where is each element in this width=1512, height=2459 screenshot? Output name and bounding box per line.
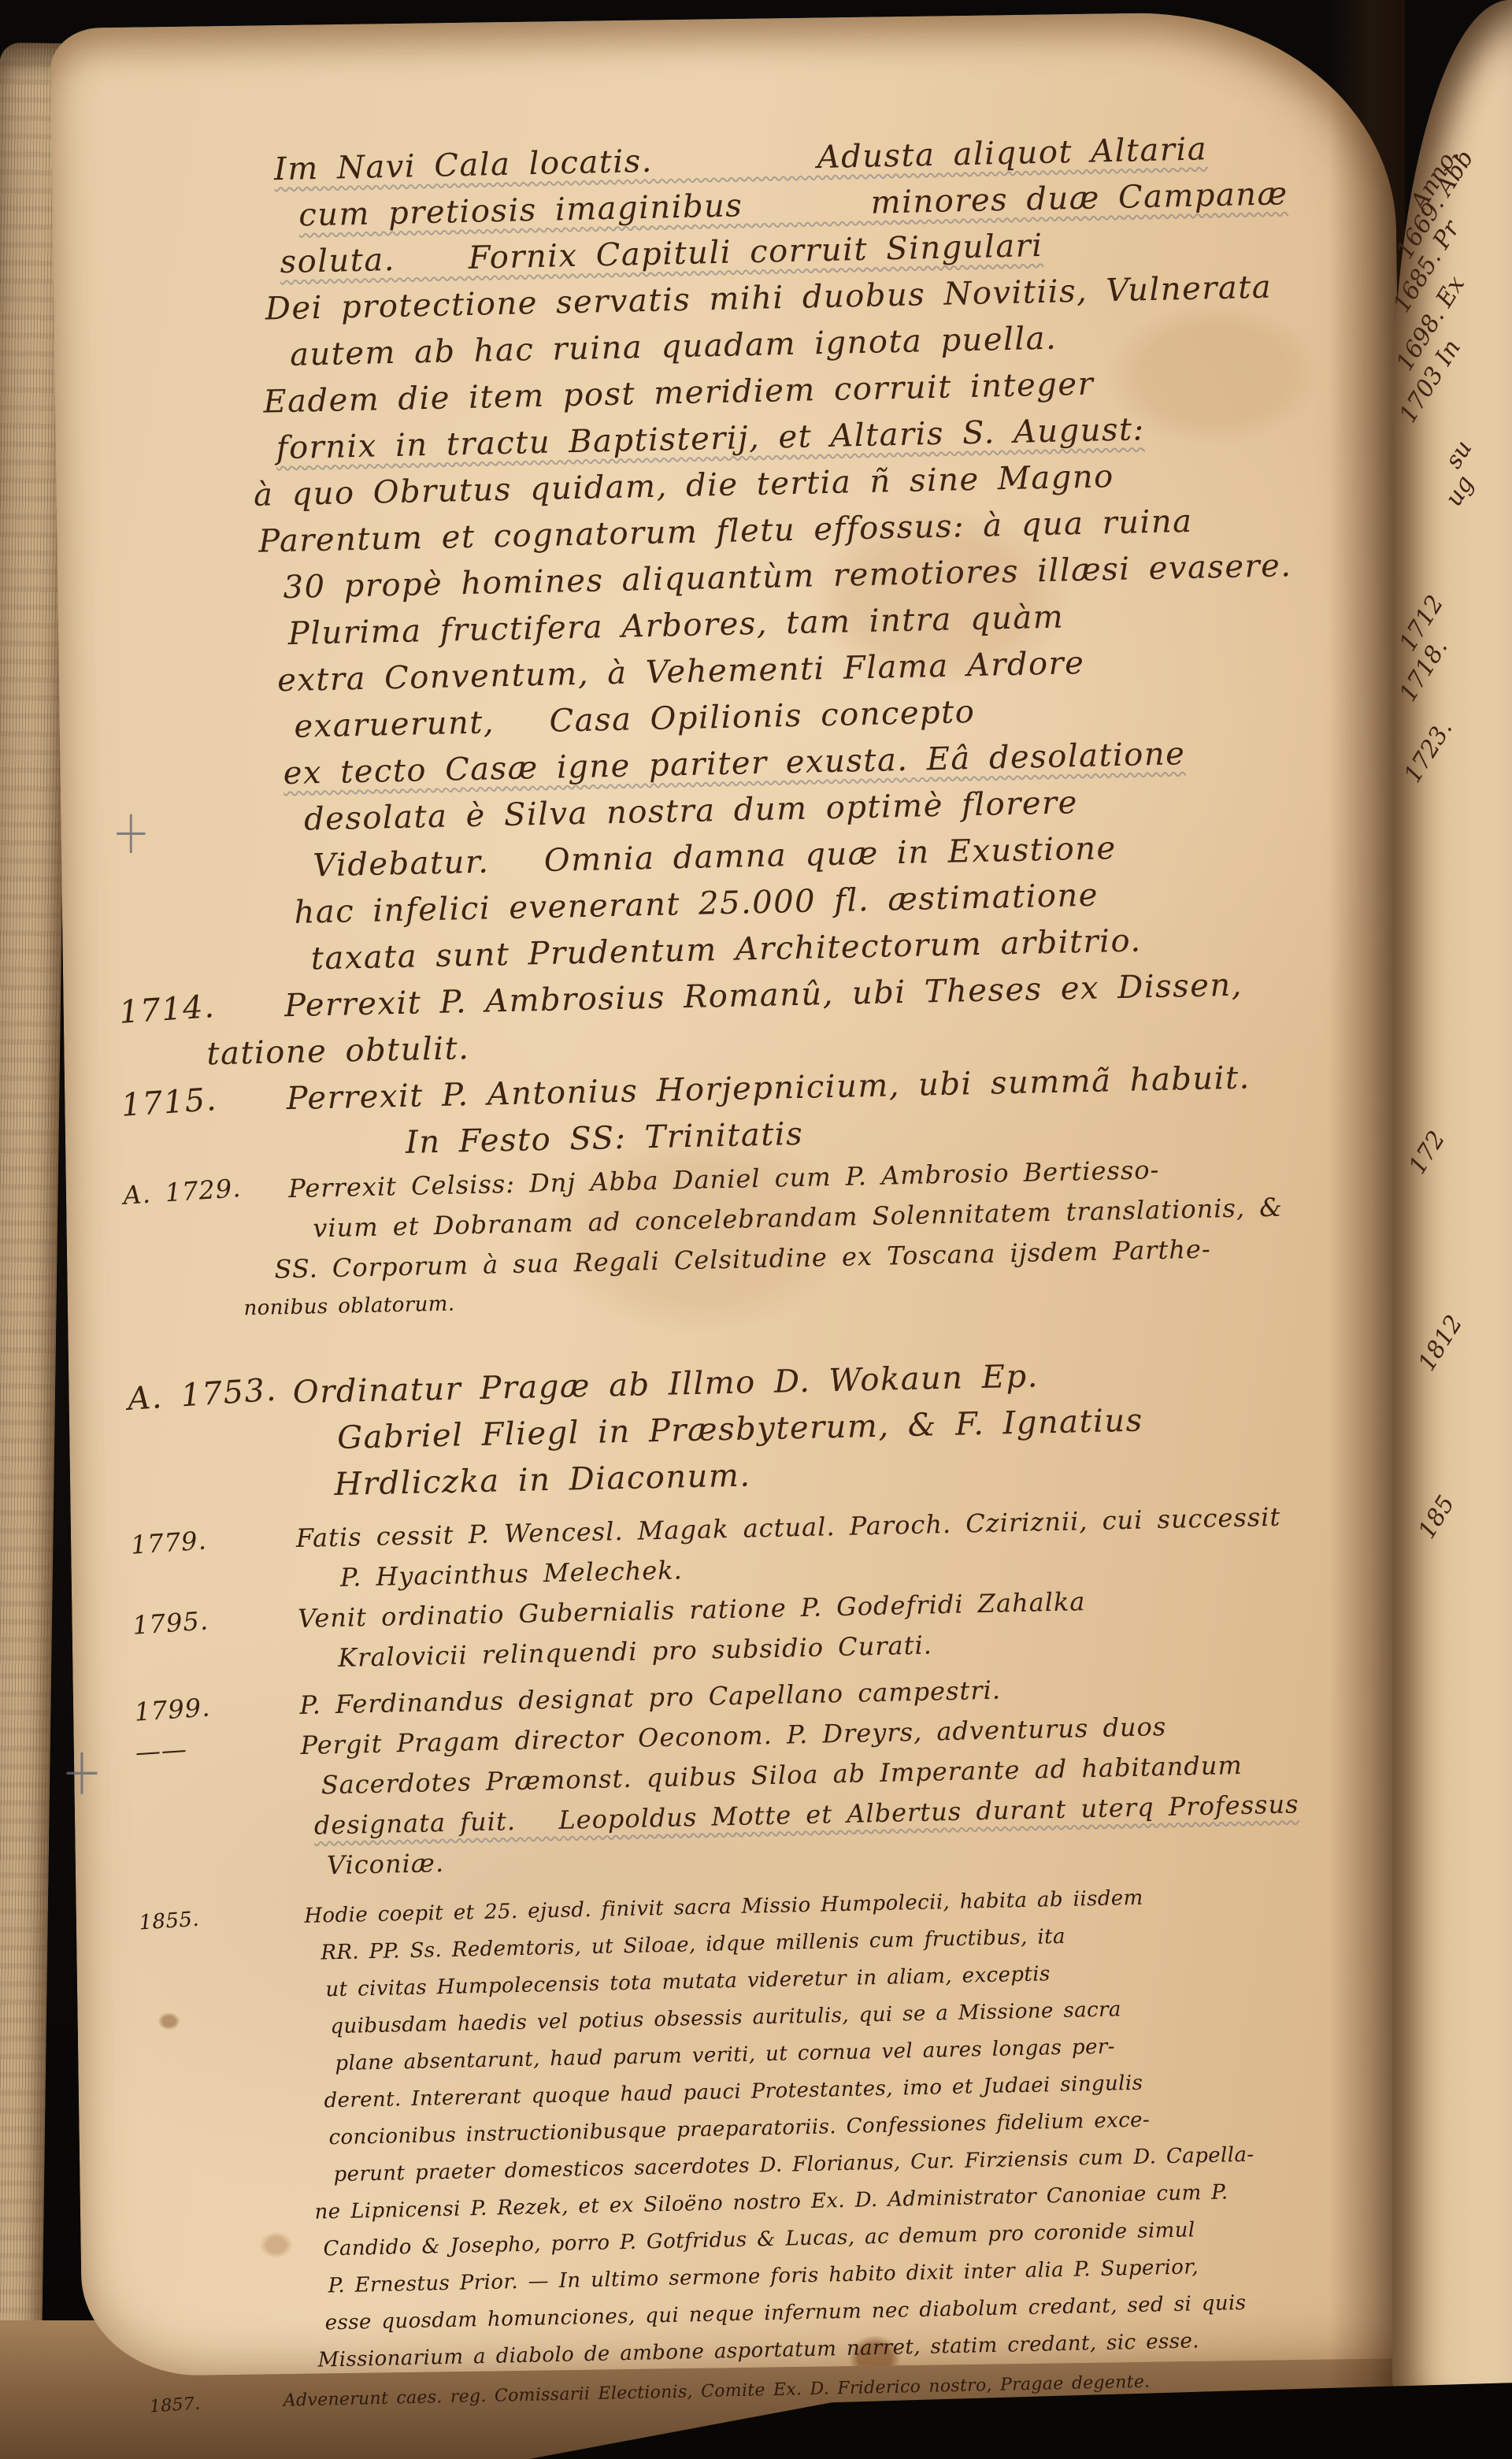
entry-year [102,873,282,885]
entry-year [98,687,278,699]
entry-year [127,1993,306,2005]
entry-year [116,1492,295,1504]
entry-year [135,2363,314,2375]
entry-year [103,919,283,931]
entry-year [90,315,269,327]
entry-year: 1714. [104,979,286,1037]
entry-year: 1715. [106,1072,287,1130]
entry-year [110,1233,290,1245]
entry-year [129,2104,309,2116]
entry-year [120,1663,299,1675]
adjacent-page-year-label: 1812 [1413,1311,1468,1376]
entry-year [92,408,272,420]
adjacent-page-year-label: 1723. [1399,716,1458,788]
entry-year [128,2067,308,2079]
entry-text: nonibus oblatorum. [243,1286,455,1328]
entry-year: A. 1753. [112,1366,294,1424]
entry-text: tatione obtulit. [206,1026,470,1077]
adjacent-page-sliver: Anno.1669. Abb1685. Pr1698. Ex1703 Insuu… [1392,0,1512,2402]
entry-year [96,594,276,606]
entry-year [89,269,269,280]
manuscript-page: Im Navi Cala locatis. Adusta aliquot Alt… [50,9,1425,2377]
entry-year [97,640,276,652]
entry-year [94,501,274,513]
entry-year [128,2030,307,2042]
entry-year [99,733,279,745]
entry-year [100,780,280,792]
entry-year [131,2178,310,2190]
adjacent-page-year-label: 172 [1403,1126,1451,1179]
entry-year [111,1274,291,1285]
entry-year [88,222,268,234]
entry-year [132,2252,312,2264]
entry-year [109,1152,288,1163]
adjacent-page-year-label: su [1440,436,1477,473]
entry-year [95,547,275,559]
entry-year [130,2141,309,2153]
entry-year [134,2326,313,2338]
entry-year [133,2289,313,2301]
entry-text: Viconiæ. [326,1843,444,1886]
entry-year [93,454,272,466]
adjacent-page-year-label: ug [1440,471,1479,511]
manuscript-photo: Im Navi Cala locatis. Adusta aliquot Alt… [0,0,1512,2459]
adjacent-page-year-label: 185 [1413,1491,1460,1544]
manuscript-text-block: Im Navi Cala locatis. Adusta aliquot Alt… [86,123,1419,2421]
pencil-cross-mark: + [61,1732,102,1810]
entry-year [123,1830,302,1842]
entry-year [124,1871,304,1882]
entry-year [126,1956,306,1968]
entry-year [87,176,267,187]
entry-year [118,1583,298,1595]
entry-year [132,2215,311,2227]
entry-year [122,1790,302,1802]
entry-text: In Festo SS: Trinitatis [405,1111,803,1166]
entry-year [91,362,271,373]
entry-year [104,966,283,977]
entry-year [115,1445,295,1457]
pencil-cross-mark: + [112,796,150,868]
entry-text: Hrdliczka in Diaconum. [334,1452,751,1508]
